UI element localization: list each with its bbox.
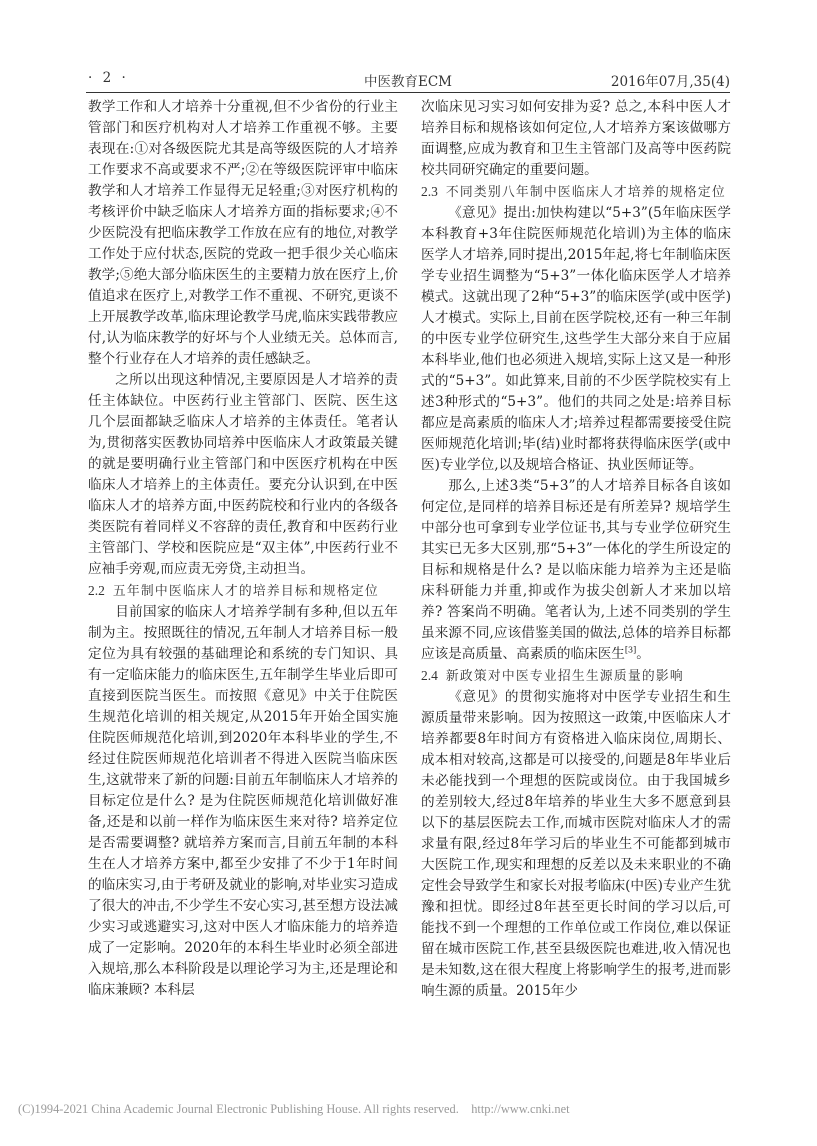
cnki-link[interactable]: http://www.cnki.net: [471, 1102, 569, 1116]
section-heading-2-4: 2.4新政策对中医专业招生生源质量的影响: [421, 665, 731, 687]
paragraph: 《意见》提出:加快构建以“5+3”(5年临床医学本科教育+3年住院医师规范化培训…: [421, 203, 731, 476]
paragraph-with-citation: 那么,上述3类“5+3”的人才培养目标各自该如何定位,是同样的培养目标还是有所差…: [421, 476, 731, 665]
paragraph-end: 。: [636, 646, 650, 662]
paragraph: 《意见》的贯彻实施将对中医学专业招生和生源质量带来影响。因为按照这一政策,中医临…: [421, 687, 731, 1002]
section-number: 2.4: [421, 668, 438, 683]
paragraph-continued: 次临床见习实习如何安排为妥? 总之,本科中医人才培养目标和规格该如何定位,人才培…: [421, 97, 731, 181]
copyright-footer: (C)1994-2021 China Academic Journal Elec…: [18, 1102, 570, 1117]
section-number: 2.3: [421, 184, 438, 199]
section-title: 新政策对中医专业招生生源质量的影响: [446, 669, 684, 684]
paragraph: 目前国家的临床人才培养学制有多种,但以五年制为主。按照既往的情况,五年制人才培养…: [88, 602, 398, 1001]
running-header: · 2 · 中医教育ECM 2016年07月,35(4): [86, 66, 730, 93]
paragraph-continued: 教学工作和人才培养十分重视,但不少省份的行业主管部门和医疗机构对人才培养工作重视…: [88, 97, 398, 370]
section-heading-2-3: 2.3不同类别八年制中医临床人才培养的规格定位: [421, 181, 731, 203]
issue-info: 2016年07月,35(4): [611, 70, 730, 90]
section-number: 2.2: [88, 583, 105, 598]
section-title: 五年制中医临床人才的培养目标和规格定位: [113, 584, 379, 599]
copyright-text: (C)1994-2021 China Academic Journal Elec…: [18, 1102, 459, 1116]
right-column: 次临床见习实习如何安排为妥? 总之,本科中医人才培养目标和规格该如何定位,人才培…: [421, 97, 731, 1002]
section-heading-2-2: 2.2五年制中医临床人才的培养目标和规格定位: [88, 580, 398, 602]
paragraph: 之所以出现这种情况,主要原因是人才培养的责任主体缺位。中医药行业主管部门、医院、…: [88, 370, 398, 580]
section-title: 不同类别八年制中医临床人才培养的规格定位: [446, 185, 726, 200]
left-column: 教学工作和人才培养十分重视,但不少省份的行业主管部门和医疗机构对人才培养工作重视…: [88, 97, 398, 1001]
citation-reference[interactable]: [3]: [625, 645, 636, 654]
paragraph-text: 那么,上述3类“5+3”的人才培养目标各自该如何定位,是同样的培养目标还是有所差…: [421, 478, 731, 662]
